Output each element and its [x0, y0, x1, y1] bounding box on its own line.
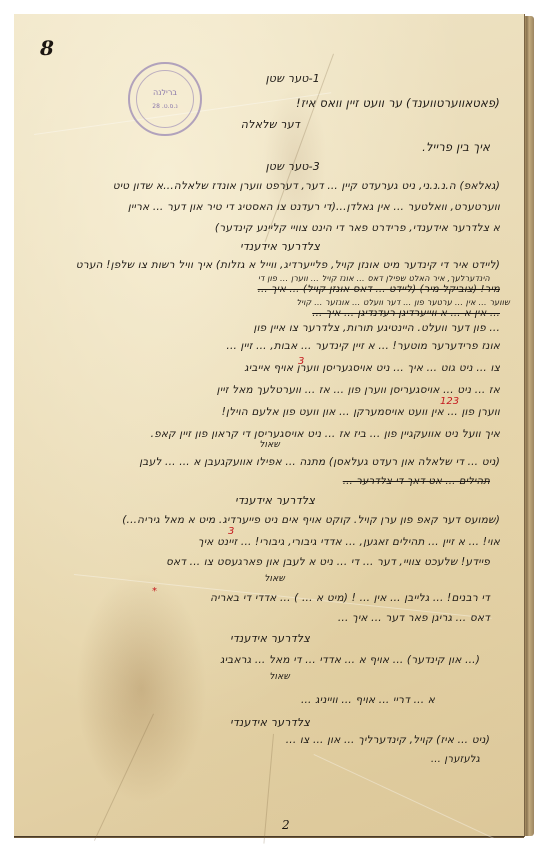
struck-line: ... אין א ... א ווייערדיגן רעדנדיגן ... … — [312, 308, 500, 319]
dialogue-line: אונז פרידערער מוטער! ... א זיין קינדער .… — [226, 340, 500, 352]
speaker-heading: צלדרער אידענדי — [230, 632, 310, 645]
dialogue-line: (... און קינדער) ... אויף א ... אדדי ...… — [220, 654, 480, 666]
stage-direction: (שמועס דער קאפ פון ערן קויל. קוקט אויף א… — [122, 514, 500, 526]
paper-crease — [314, 754, 514, 848]
dialogue-line: א ... דריי ... אויף ... ווייניג ... — [301, 694, 435, 706]
dialogue-line: (גאלאפ) ה.נ.נ.ני, ניט גערעדט קיין ... דע… — [113, 180, 500, 192]
dialogue-line: צו ... ניט גוט ... איך ... ניט אויסגעריס… — [244, 362, 500, 374]
stage-direction: א צלדרער אידענדי, פרידרט פאר די הינט צוו… — [215, 222, 500, 234]
stamp-ring-text: נ.ס.ט. 28 — [152, 103, 177, 110]
paper-crease — [94, 714, 154, 841]
red-correction-mark: 123 — [440, 396, 459, 407]
dialogue-line: איך וועל ניט אוועקגיין פון ... ביז אז ..… — [151, 428, 500, 440]
speaker-heading: 1-טער שטן — [266, 72, 320, 85]
archive-stamp: ברילנה נ.ס.ט. 28 — [128, 62, 202, 136]
speaker-heading: צלדרער אידענדי — [240, 240, 320, 253]
page-number: 8 — [40, 36, 54, 60]
dialogue-line: דאס ... גריגן פאר דער ... איך ... — [338, 612, 490, 624]
speaker-heading: דער שלאלה — [241, 118, 300, 131]
red-correction-mark: 3 — [228, 526, 234, 537]
dialogue-line: גלעזערן ... — [431, 754, 480, 765]
dialogue-line: ווערן פון ... אין וועט אויסמערקן ... און… — [222, 406, 500, 418]
footer-page-number: 2 — [282, 818, 290, 832]
struck-line: תהילים ... אט דאך די צלדרער ... — [343, 476, 490, 487]
dialogue-line: פיידע! שלעכט צוויי, דער ... די ... ניט א… — [166, 556, 490, 568]
interlinear-correction: הינדערלעך, איר האלט שפילן דאס ... אונז ק… — [258, 274, 490, 283]
speaker-heading: שאול — [269, 672, 290, 682]
red-correction-mark: * — [152, 586, 157, 597]
speaker-heading: צלדרער אידענדי — [235, 494, 315, 507]
red-correction-mark: 3 — [298, 356, 304, 367]
dialogue-line: די רבנים! ... גלייבן ... אין ... ! (מיט … — [210, 592, 490, 604]
speaker-heading: שאול — [264, 574, 285, 584]
interlinear-correction: שווער ... אין ... ערטער פון ... דער וועל… — [296, 298, 510, 307]
stage-direction: (ניט ... די שלאלה און רעדט געלאסן) מתנה … — [139, 456, 500, 468]
dialogue-line: ווערטערט, וואלטער ... אין גאלדן...(די רע… — [128, 201, 500, 213]
struck-line: מיר! (צוביקל מיר) (ליידט ... דאס אונזן ק… — [258, 284, 500, 295]
dialogue-line: ... פון דער וועלט. היינטיגע תורות, צלדרע… — [254, 322, 500, 334]
dialogue-line: (ליידט איר די קינדער מיט אונזן קויל, פלי… — [76, 259, 500, 271]
stamp-center-text: ברילנה — [153, 88, 177, 97]
speaker-heading: צלדרער אידענדי — [230, 716, 310, 729]
dialogue-line: אז ... ניט ... אויסגעריסן ווערן פון ... … — [217, 384, 500, 396]
speaker-heading: שאול — [259, 440, 280, 450]
stage-direction: (ניט ... איז) קויל, קינדערליך ... און ..… — [286, 734, 490, 746]
speaker-heading: 3-טער שטן — [266, 160, 320, 173]
paper-crease — [263, 734, 274, 844]
manuscript-page — [14, 14, 524, 837]
dialogue-line: אוי! ... א זיין ... תהילים זאגען, ... אד… — [198, 536, 500, 548]
dialogue-line: איך בין פרייל. — [422, 140, 490, 154]
stage-direction: (פאטאווערטווענד) ער וועט זיין וואס איז! — [296, 96, 500, 110]
